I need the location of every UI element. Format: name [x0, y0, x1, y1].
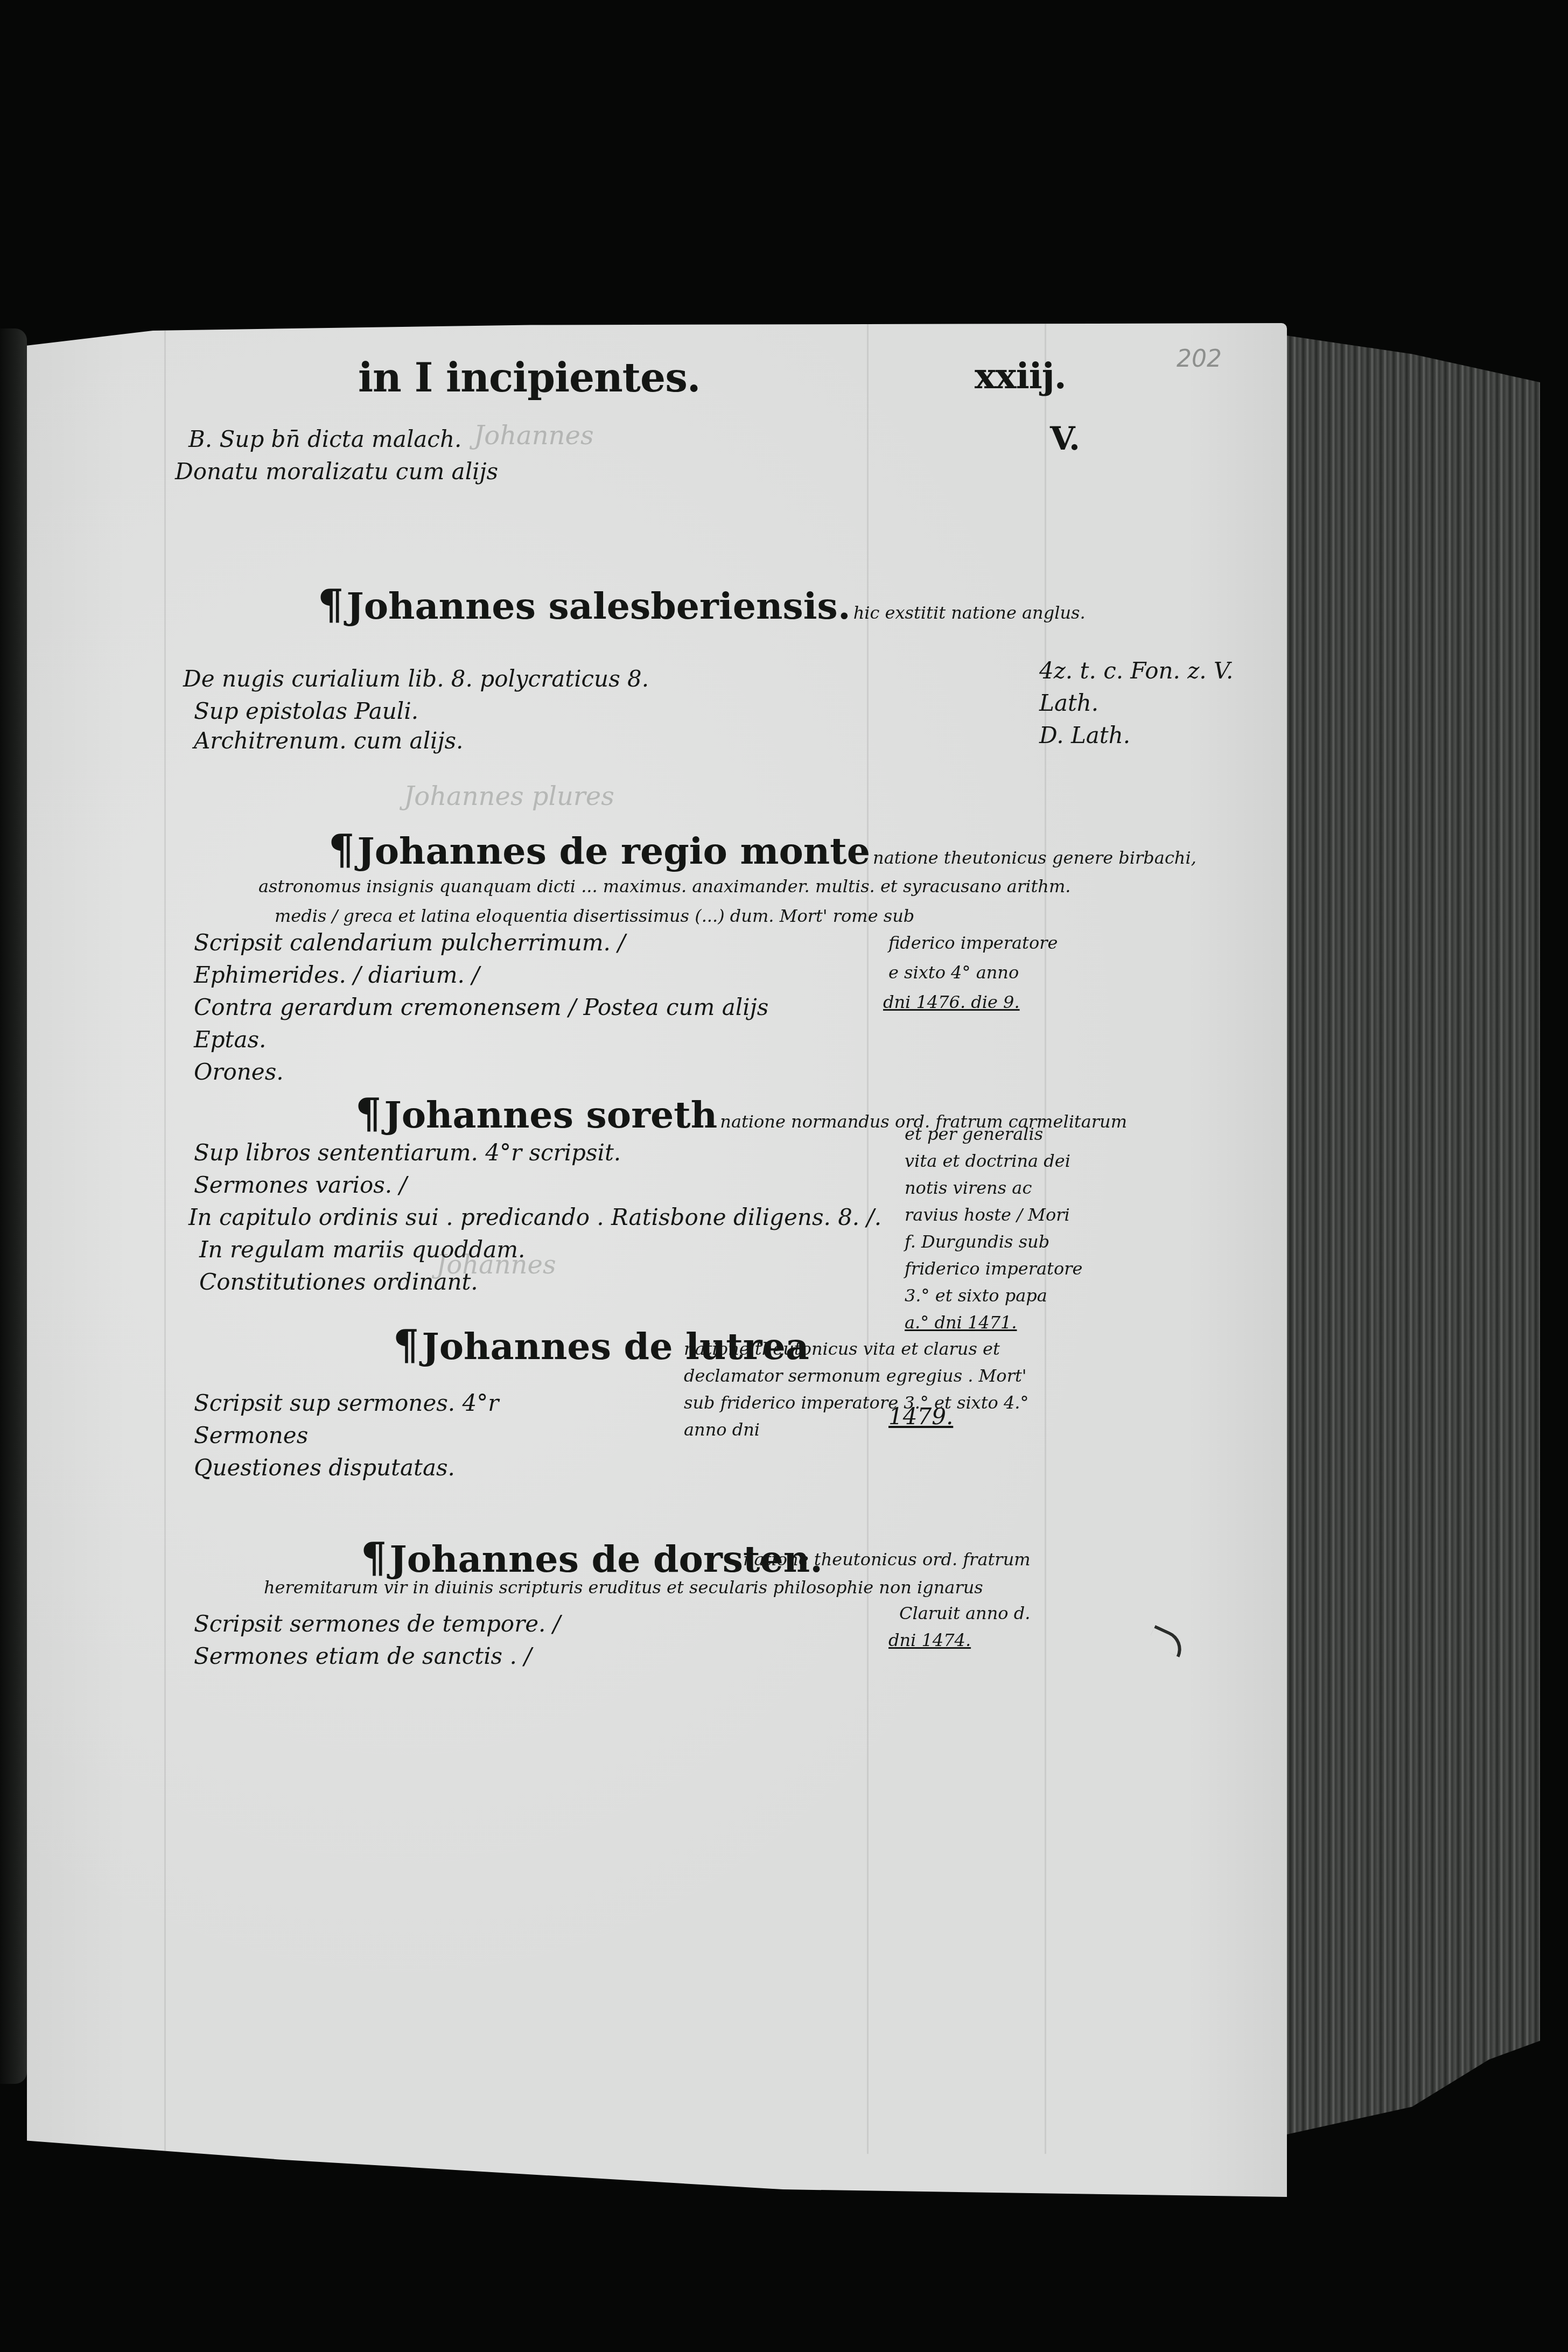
entry-heading: ¶ Johannes de regio monte natione theuto… [328, 829, 1196, 870]
entry-description: natione theutonicus vita et clarus et de… [684, 1335, 1061, 1443]
book-fore-edge [1284, 307, 1540, 2192]
entry-description: hic exstitit natione anglus. [853, 603, 1086, 623]
entry-work: Sermones varios. / [194, 1174, 407, 1196]
entry-work: Contra gerardum cremonensem / Postea cum… [194, 996, 768, 1019]
side-note: et per generalis [905, 1125, 1043, 1143]
ruling-line-left [164, 323, 166, 2154]
entry-work: Orones. [194, 1061, 284, 1083]
entry-heading: ¶ Johannes salesberiensis. hic exstitit … [318, 584, 1086, 625]
entry-description-line: astronomus insignis quanquam dicti ... m… [258, 878, 1070, 895]
entry-work: Scripsit calendarium pulcherrimum. / [194, 932, 625, 954]
entry-work: Scripsit sup sermones. 4°r [194, 1392, 499, 1415]
entry-work: Sup libros sententiarum. 4°r scripsit. [194, 1142, 621, 1164]
pilcrow-icon: ¶ [355, 1089, 381, 1137]
pilcrow-icon: ¶ [393, 1321, 419, 1369]
entry-work: In regulam mariis quoddam. [199, 1238, 525, 1261]
side-note: 3.° et sixto papa [905, 1287, 1047, 1304]
side-note: 1479. [888, 1405, 953, 1428]
side-note: notis virens ac [905, 1179, 1032, 1196]
side-note: ravius hoste / Mori [905, 1206, 1070, 1223]
side-note: Claruit anno d. [899, 1605, 1030, 1622]
side-note: 4z. t. c. Fon. z. V. [1039, 660, 1233, 682]
entry-work: Questiones disputatas. [194, 1457, 455, 1479]
bleed-through-text: Johannes [474, 423, 594, 449]
entry-work: Sermones [194, 1424, 308, 1447]
entry-name: Johannes soreth [384, 1094, 717, 1137]
chapter-number: xxiij. [975, 358, 1066, 394]
top-entry-line: B. Sup bn̄ dicta malach. [188, 428, 461, 451]
entry-work: In capitulo ordinis sui . predicando . R… [188, 1206, 881, 1229]
entry-work: Eptas. [194, 1028, 266, 1051]
bleed-through-text: Johannes plures [404, 783, 614, 809]
side-note: a.° dni 1471. [905, 1314, 1017, 1331]
side-note: f. Durgundis sub [905, 1233, 1049, 1250]
facing-page-edge [0, 328, 27, 2084]
side-note: friderico imperatore [905, 1260, 1082, 1277]
running-title: in I incipientes. [358, 358, 701, 398]
manuscript-page: Johannes Johannes plures Johannes in I i… [27, 323, 1287, 2197]
entry-name: Johannes de regio monte [357, 830, 870, 873]
entry-work: De nugis curialium lib. 8. polycraticus … [183, 668, 649, 690]
entry-work: Constitutiones ordinant. [199, 1271, 478, 1293]
entry-description: natione theutonicus ord. fratrum heremit… [264, 1545, 1082, 1601]
side-note: Lath. [1039, 692, 1098, 715]
side-note: e sixto 4° anno [888, 964, 1019, 981]
pilcrow-icon: ¶ [318, 580, 344, 628]
pilcrow-icon: ¶ [328, 825, 354, 873]
folio-number: 202 [1177, 347, 1222, 371]
side-note: fiderico imperatore [888, 934, 1058, 951]
entry-work: Architrenum. cum alijs. [194, 730, 463, 752]
side-note: dni 1476. die 9. [883, 993, 1020, 1011]
entry-work: Ephimerides. / diarium. / [194, 964, 479, 986]
entry-work: Sup epistolas Pauli. [194, 700, 418, 723]
entry-work: Sermones etiam de sanctis . / [194, 1645, 531, 1668]
entry-name: Johannes salesberiensis. [346, 585, 850, 628]
entry-description: natione theutonicus genere birbachi, [873, 848, 1196, 868]
stray-pen-mark [1147, 1625, 1187, 1658]
entry-description-line: medis / greca et latina eloquentia diser… [275, 907, 914, 925]
top-entry-line: Donatu moralizatu cum alijs [175, 460, 498, 483]
side-note: dni 1474. [888, 1632, 971, 1649]
side-note: vita et doctrina dei [905, 1152, 1070, 1170]
entry-work: Scripsit sermones de tempore. / [194, 1613, 561, 1635]
side-note: D. Lath. [1039, 724, 1130, 747]
margin-mark: V. [1050, 423, 1080, 455]
